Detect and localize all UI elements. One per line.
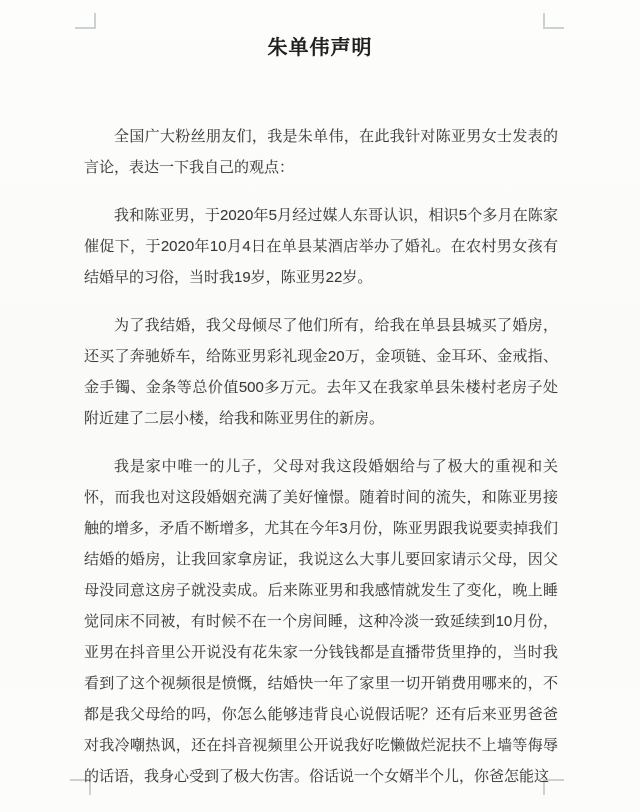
page-margin-mark-top-left (75, 13, 96, 29)
paragraph-wedding-expenses: 为了我结婚，我父母倾尽了他们所有，给我在单县县城买了婚房，还买了奔驰娇车，给陈亚… (84, 310, 558, 434)
document-page: 朱单伟声明 全国广大粉丝朋友们，我是朱单伟，在此我针对陈亚男女士发表的言论，表达… (0, 0, 640, 812)
paragraph-conflict: 我是家中唯一的儿子，父母对我这段婚姻给与了极大的重视和关怀，而我也对这段婚姻充满… (84, 451, 558, 792)
page-margin-mark-top-right (543, 13, 564, 29)
document-body: 全国广大粉丝朋友们，我是朱单伟，在此我针对陈亚男女士发表的言论，表达一下我自己的… (84, 121, 558, 809)
document-title: 朱单伟声明 (0, 31, 640, 60)
paragraph-marriage: 我和陈亚男，于2020年5月经过媒人东哥认识，相识5个多月在陈家催促下，于202… (84, 200, 558, 293)
paragraph-intro: 全国广大粉丝朋友们，我是朱单伟，在此我针对陈亚男女士发表的言论，表达一下我自己的… (84, 121, 558, 183)
